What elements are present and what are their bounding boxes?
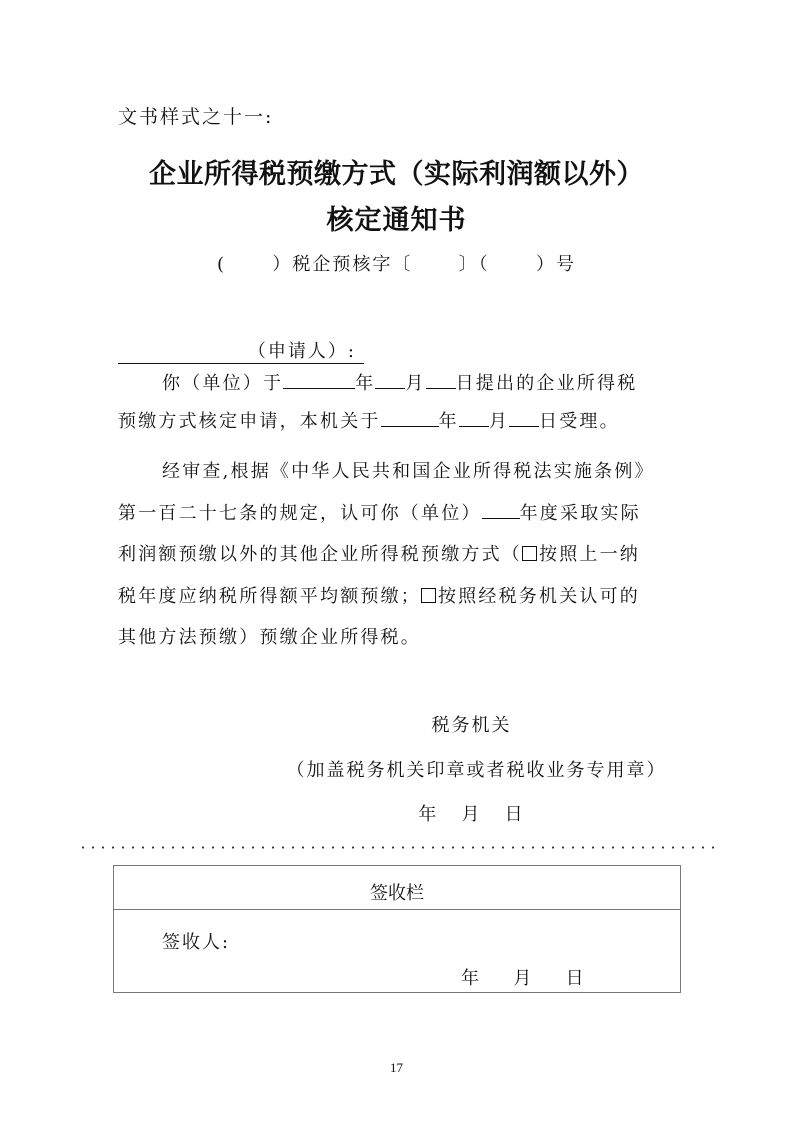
document-number: ( ）税企预核字〔 〕（ ）号 (0, 250, 793, 276)
checkbox-other-method[interactable] (421, 588, 436, 603)
receipt-date: 年 月 日 (461, 964, 584, 990)
receipt-box: 签收栏 签收人: 年 月 日 (113, 865, 681, 993)
day-blank[interactable] (426, 370, 456, 389)
text: 税年度应纳税所得额平均额预缴； (118, 586, 421, 607)
text: 年 (439, 411, 459, 432)
recipient-label: 签收人: (162, 928, 230, 954)
checkbox-average-method[interactable] (522, 546, 537, 561)
page-number: 17 (0, 1060, 793, 1076)
paragraph-decision: 经审查,根据《中华人民共和国企业所得税法实施条例》 第一百二十七条的规定，认可你… (118, 451, 678, 659)
accept-year-blank[interactable] (381, 408, 439, 427)
text: 按照经税务机关认可的 (438, 586, 640, 607)
text: 经审查,根据《中华人民共和国企业所得税法实施条例》 (118, 451, 678, 493)
text: 年 (355, 373, 375, 394)
tear-line-divider (78, 846, 714, 849)
seal-note: （加盖税务机关印章或者税收业务专用章） (0, 756, 793, 782)
year-blank[interactable] (283, 370, 355, 389)
text: 预缴方式核定申请，本机关于 (118, 411, 381, 432)
text: 按照上一纳 (539, 544, 640, 565)
text: 其他方法预缴）预缴企业所得税。 (118, 617, 678, 659)
text: 利润额预缴以外的其他企业所得税预缴方式（ (118, 544, 522, 565)
paragraph-application: 你（单位）于年月日提出的企业所得税 预缴方式核定申请，本机关于年月日受理。 (118, 365, 678, 441)
tax-authority-label: 税务机关 (0, 711, 793, 737)
text: 月 (405, 373, 425, 394)
applicant-label: （申请人）: (248, 341, 356, 362)
text: 月 (489, 411, 509, 432)
document-subtitle: 核定通知书 (0, 198, 793, 237)
text: 日提出的企业所得税 (456, 373, 638, 394)
tax-year-blank[interactable] (482, 500, 520, 519)
applicant-field[interactable]: （申请人）: (118, 337, 364, 364)
document-title: 企业所得税预缴方式（实际利润额以外） (0, 152, 793, 191)
text: 你（单位）于 (162, 373, 283, 394)
signature-date: 年 月 日 (0, 800, 793, 826)
receipt-title: 签收栏 (114, 866, 680, 910)
form-style-label: 文书样式之十一: (118, 102, 273, 129)
text: 年度采取实际 (520, 503, 641, 524)
accept-day-blank[interactable] (509, 408, 539, 427)
text: 第一百二十七条的规定，认可你（单位） (118, 503, 482, 524)
accept-month-blank[interactable] (459, 408, 489, 427)
text: 日受理。 (539, 411, 620, 432)
month-blank[interactable] (375, 370, 405, 389)
